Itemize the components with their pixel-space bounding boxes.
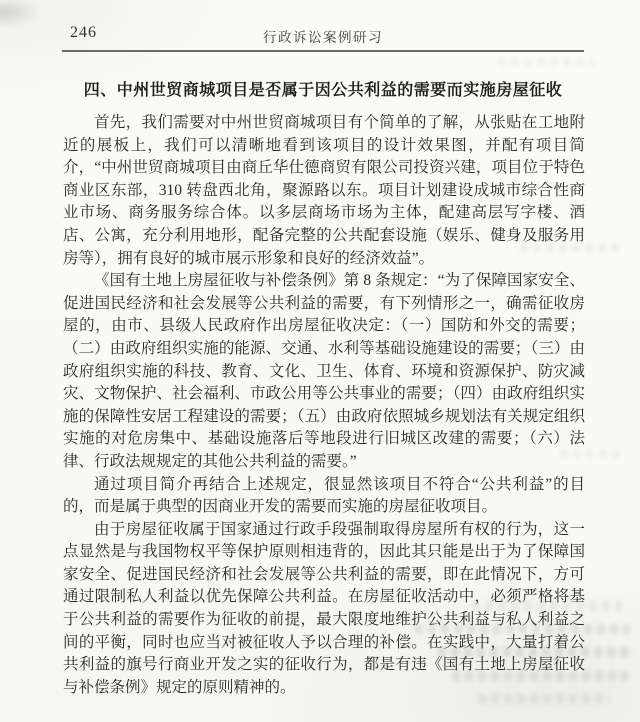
bleed-through-artifact [472,601,622,611]
bleed-through-artifact [520,243,624,252]
bleed-through-artifact [478,694,610,704]
bleed-through-artifact [438,647,634,657]
bleed-through-artifact [452,671,628,681]
paragraph-conclusion: 通过项目简介再结合上述规定，很显然该项目不符合“公共利益”的目的，而是属于典型的… [63,474,585,519]
header-rule [62,50,584,52]
scanned-book-page: 246 行政诉讼案例研习 四、中州世贸商城项目是否属于因公共利益的需要而实施房屋… [0,0,640,722]
scan-corner-smudge [0,2,40,28]
running-head-title: 行政诉讼案例研习 [62,26,584,46]
bleed-through-artifact [560,450,622,458]
bleed-through-artifact [498,58,594,66]
section-title: 四、中州世贸商城项目是否属于因公共利益的需要而实施房屋征收 [62,77,584,100]
paragraph-regulation: 《国有土地上房屋征收与补偿条例》第 8 条规定：“为了保障国家安全、促进国民经济… [63,270,585,473]
page-header: 246 行政诉讼案例研习 [62,24,584,46]
bleed-through-artifact [415,624,630,634]
paragraph-intro: 首先，我们需要对中州世贸商城项目有个简单的了解，从张贴在工地附近的展板上，我们可… [63,112,585,270]
body-text: 首先，我们需要对中州世贸商城项目有个简单的了解，从张贴在工地附近的展板上，我们可… [63,112,585,699]
